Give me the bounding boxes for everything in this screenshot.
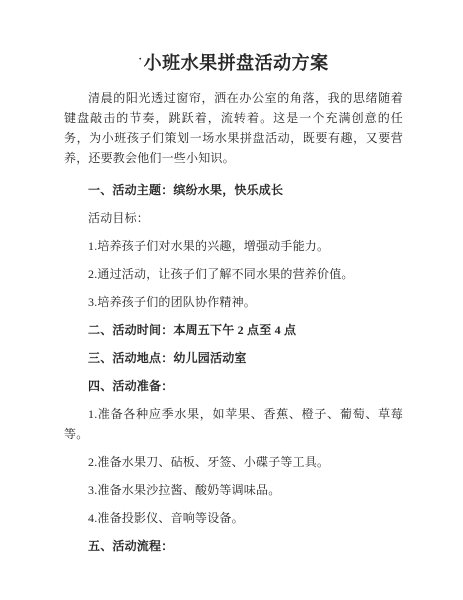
- heading-activity-process: 五、活动流程：: [64, 536, 403, 556]
- heading-activity-theme: 一、活动主题：缤纷水果，快乐成长: [64, 180, 403, 200]
- intro-paragraph: 清晨的阳光透过窗帘，洒在办公室的角落，我的思绪随着键盘敲击的节奏，跳跃着，流转着…: [64, 88, 403, 168]
- prep-item-1: 1.准备各种应季水果，如苹果、香蕉、橙子、葡萄、草莓等。: [64, 404, 403, 444]
- heading-activity-time: 二、活动时间：本周五下午 2 点至 4 点: [64, 320, 403, 340]
- document-title: ·小班水果拼盘活动方案: [64, 46, 403, 76]
- heading-activity-location: 三、活动地点：幼儿园活动室: [64, 348, 403, 368]
- goal-item-2: 2.通过活动，让孩子们了解不同水果的营养价值。: [64, 264, 403, 284]
- prep-item-2: 2.准备水果刀、砧板、牙签、小碟子等工具。: [64, 452, 403, 472]
- goal-item-1: 1.培养孩子们对水果的兴趣，增强动手能力。: [64, 236, 403, 256]
- prep-item-4: 4.准备投影仪、音响等设备。: [64, 508, 403, 528]
- document-page: ·小班水果拼盘活动方案 清晨的阳光透过窗帘，洒在办公室的角落，我的思绪随着键盘敲…: [0, 0, 463, 600]
- prep-item-3: 3.准备水果沙拉酱、酸奶等调味品。: [64, 480, 403, 500]
- goal-item-3: 3.培养孩子们的团队协作精神。: [64, 292, 403, 312]
- document-title-text: 小班水果拼盘活动方案: [144, 53, 329, 73]
- label-activity-goals: 活动目标：: [64, 208, 403, 228]
- title-dot-mark: ·: [138, 53, 142, 65]
- heading-activity-preparation: 四、活动准备：: [64, 376, 403, 396]
